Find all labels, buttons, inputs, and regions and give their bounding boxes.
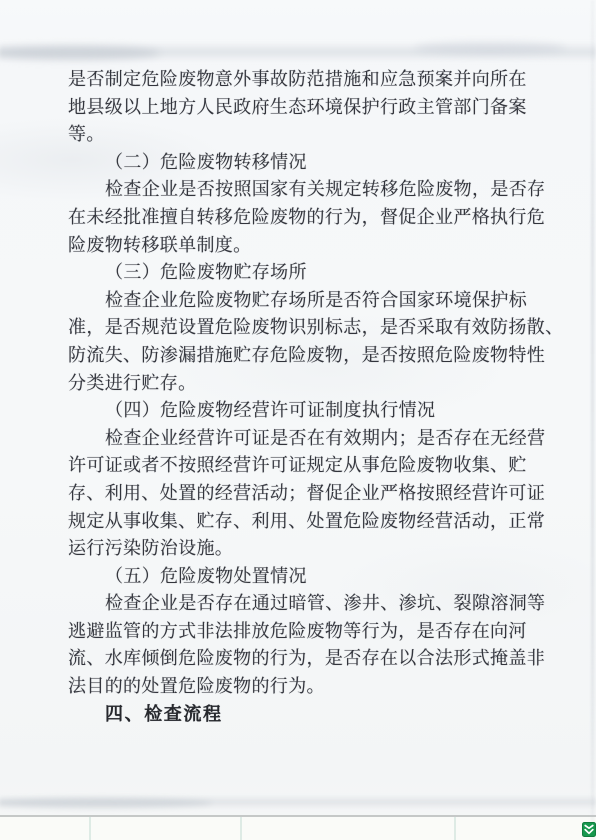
scan-shadow-blob [0,798,212,808]
text-line: 法目的的处置危险废物的行为。 [68,673,530,701]
text-line: 在未经批准擅自转移危险废物的行为，督促企业严格执行危 [68,204,530,232]
paragraph: （四）危险废物经营许可证制度执行情况 [68,397,530,425]
text-line: 逃避监管的方式非法排放危险废物等行为，是否存在向河 [68,618,530,646]
paragraph: （三）危险废物贮存场所 [68,259,530,287]
text-line: 检查企业是否按照国家有关规定转移危险废物，是否存 [68,176,530,204]
paragraph: 检查企业是否存在通过暗管、渗井、渗坑、裂隙溶洞等逃避监管的方式非法排放危险废物等… [68,590,530,700]
text-line: 防流失、防渗漏措施贮存危险废物，是否按照危险废物特性 [68,342,530,370]
text-line: 流、水库倾倒危险废物的行为，是否存在以合法形式掩盖非 [68,645,530,673]
double-chevron-down-icon [584,824,594,835]
text-line: 运行污染防治设施。 [68,535,530,563]
scan-streak [240,817,242,840]
paragraph: 检查企业是否按照国家有关规定转移危险废物，是否存在未经批准擅自转移危险废物的行为… [68,176,530,259]
text-line: 准，是否规范设置危险废物识别标志，是否采取有效防扬散、 [68,314,530,342]
text-line: 检查企业经营许可证是否在有效期内；是否存在无经营 [68,425,530,453]
text-line: 是否制定危险废物意外事故防范措施和应急预案并向所在 [68,66,530,94]
subheading-line: （二）危险废物转移情况 [68,149,530,177]
text-line: 检查企业是否存在通过暗管、渗井、渗坑、裂隙溶洞等 [68,590,530,618]
subheading-line: （五）危险废物处置情况 [68,563,530,591]
scan-streak [454,817,456,840]
text-line: 存、利用、处置的经营活动；督促企业严格按照经营许可证 [68,480,530,508]
paragraph: （二）危险废物转移情况 [68,149,530,177]
paragraph: 是否制定危险废物意外事故防范措施和应急预案并向所在地县级以上地方人民政府生态环境… [68,66,530,149]
section-heading-line: 四、检查流程 [68,701,530,729]
text-line: 规定从事收集、贮存、利用、处置危险废物经营活动，正常 [68,508,530,536]
paragraph: 检查企业经营许可证是否在有效期内；是否存在无经营许可证或者不按照经营许可证规定从… [68,425,530,563]
subheading-line: （四）危险废物经营许可证制度执行情况 [68,397,530,425]
paragraph: （五）危险废物处置情况 [68,563,530,591]
text-line: 等。 [68,121,530,149]
text-line: 险废物转移联单制度。 [68,232,530,260]
text-line: 分类进行贮存。 [68,370,530,398]
scan-streak [89,817,91,840]
paragraph: 四、检查流程 [68,701,530,729]
text-line: 检查企业危险废物贮存场所是否符合国家环境保护标 [68,287,530,315]
paper-right-edge [591,0,594,840]
scan-shadow-blob [415,42,565,54]
text-line: 许可证或者不按照经营许可证规定从事危险废物收集、贮 [68,452,530,480]
paragraph: 检查企业危险废物贮存场所是否符合国家环境保护标准，是否规范设置危险废物识别标志，… [68,287,530,397]
scroll-to-bottom-button[interactable] [582,822,596,837]
document-text-block: 是否制定危险废物意外事故防范措施和应急预案并向所在地县级以上地方人民政府生态环境… [68,66,530,728]
text-line: 地县级以上地方人民政府生态环境保护行政主管部门备案 [68,94,530,122]
scanned-page: 是否制定危险废物意外事故防范措施和应急预案并向所在地县级以上地方人民政府生态环境… [0,0,596,840]
subheading-line: （三）危险废物贮存场所 [68,259,530,287]
